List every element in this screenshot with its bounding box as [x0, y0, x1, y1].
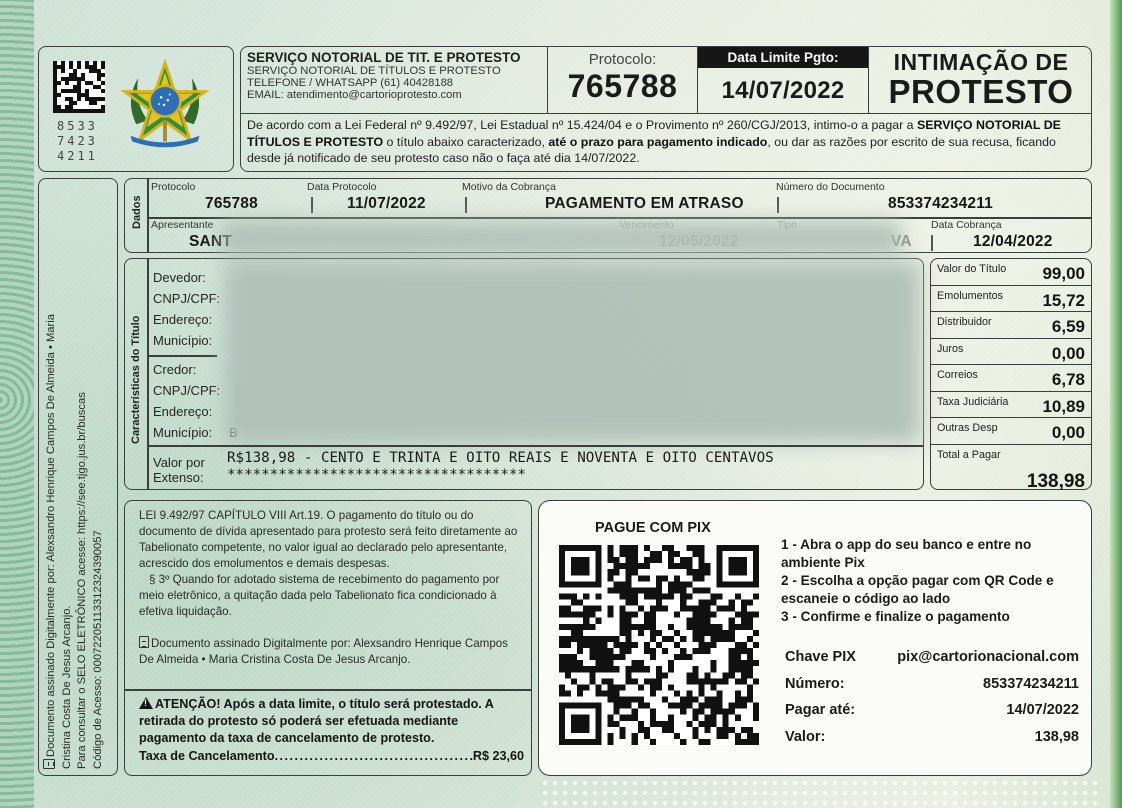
document-icon [43, 759, 55, 769]
dados-data-protocolo-value: 11/07/2022 [347, 195, 426, 213]
pix-step: 2 - Escolha a opção pagar com QR Code e … [781, 572, 1081, 608]
divider [931, 235, 933, 251]
background-edge-right [1110, 0, 1122, 808]
dados-data-cobranca-value: 12/04/2022 [973, 233, 1053, 251]
caracteristicas-section: Características do Título Devedor: CNPJ/… [124, 258, 924, 490]
legal-notice: De acordo com a Lei Federal nº 9.492/97,… [241, 113, 1091, 171]
document-icon [139, 636, 149, 648]
dados-protocolo: Protocolo [151, 181, 195, 193]
pix-qr-code[interactable] [559, 545, 759, 745]
pix-pagar-ate-row: Pagar até: 14/07/2022 [785, 702, 1079, 718]
dados-section-label: Dados [131, 195, 143, 229]
credor-label: Credor: [153, 362, 196, 377]
document-title: INTIMAÇÃO DE PROTESTO [869, 49, 1093, 113]
pix-payment-box: PAGUE COM PIX 1 - Abra o app do seu banc… [538, 500, 1092, 776]
value-row: Emolumentos15,72 [931, 286, 1091, 313]
redacted-area [225, 261, 921, 443]
background-guilloche-left [0, 0, 34, 808]
divider [147, 355, 217, 357]
dados-motivo-value: PAGAMENTO EM ATRASO [545, 195, 744, 213]
extenso-label: Valor por Extenso: [153, 455, 205, 485]
pix-numero-row: Número: 853374234211 [785, 676, 1079, 692]
value-row: Juros0,00 [931, 339, 1091, 366]
divider [147, 259, 149, 489]
devedor-municipio-label: Município: [153, 333, 212, 348]
pix-key-value[interactable]: pix@cartorionacional.com [897, 649, 1079, 665]
pix-step: 1 - Abra o app do seu banco e entre no a… [781, 536, 1081, 572]
devedor-cpf-label: CNPJ/CPF: [153, 291, 220, 306]
org-title: SERVIÇO NOTORIAL DE TIT. E PROTESTO [247, 50, 547, 65]
protocolo-label: Protocolo: [548, 51, 697, 68]
warning-icon [139, 697, 153, 709]
signature-note: Documento assinado Digitalmente por: Ale… [139, 636, 524, 668]
credor-endereco-label: Endereço: [153, 404, 212, 419]
value-row: Taxa Judiciária10,89 [931, 392, 1091, 419]
digital-seal-box: Documento assinado Digitalmente por: Ale… [38, 178, 118, 776]
protocolo-cell: Protocolo: 765788 [547, 47, 697, 113]
devedor-endereco-label: Endereço: [153, 312, 212, 327]
data-limite-label: Data Limite Pgto: [698, 47, 868, 68]
background-dot-pattern [540, 778, 1100, 808]
credor-cpf-label: CNPJ/CPF: [153, 383, 220, 398]
devedor-label: Devedor: [153, 270, 206, 285]
dados-protocolo-value: 765788 [205, 195, 258, 213]
divider [311, 197, 313, 213]
header-org-box: SERVIÇO NOTORIAL DE TIT. E PROTESTO SERV… [240, 46, 1092, 172]
data-limite-value: 14/07/2022 [698, 77, 868, 105]
protocolo-value: 765788 [548, 68, 697, 105]
value-row: Correios6,78 [931, 365, 1091, 392]
org-name: SERVIÇO NOTORIAL DE TÍTULOS E PROTESTO [247, 65, 547, 77]
datamatrix-code-icon [53, 61, 105, 113]
org-info: SERVIÇO NOTORIAL DE TIT. E PROTESTO SERV… [247, 50, 547, 101]
pix-title: PAGUE COM PIX [595, 520, 711, 536]
dados-apresentante: Apresentante [151, 219, 213, 231]
seal-url: Para consultar o SELO ELETRÔNICO acesse:… [75, 184, 91, 769]
brazil-coat-of-arms-icon [117, 57, 213, 153]
divider [125, 689, 531, 691]
value-row: Total a Pagar138,98 [931, 445, 1091, 489]
org-email: EMAIL: atendimento@cartorioprotesto.com [247, 89, 547, 101]
warning-notice: ATENÇÃO! Após a data limite, o título se… [139, 696, 524, 765]
pix-key-row: Chave PIX pix@cartorionacional.com [785, 649, 1079, 665]
data-limite-cell: Data Limite Pgto: 14/07/2022 [697, 47, 869, 113]
dados-data-cobranca: Data Cobrança [931, 219, 1002, 231]
dados-numero-documento-value: 853374234211 [888, 195, 993, 213]
law-section: LEI 9.492/97 CAPÍTULO VIII Art.19. O pag… [124, 500, 532, 776]
value-row: Distribuidor6,59 [931, 312, 1091, 339]
value-row: Outras Desp0,00 [931, 418, 1091, 445]
divider [465, 197, 467, 213]
pix-instructions: 1 - Abra o app do seu banco e entre no a… [781, 536, 1081, 626]
dados-section: Dados Protocolo 765788 Data Protocolo 11… [124, 178, 1092, 253]
header-logo-box: 8533 7423 4211 [38, 46, 234, 172]
cancellation-fee: Taxa de Cancelamento ...................… [139, 748, 524, 765]
values-table: Valor do Título99,00Emolumentos15,72Dist… [930, 258, 1092, 490]
pix-step: 3 - Confirme e finalize o pagamento [781, 608, 1081, 626]
divider [147, 445, 923, 447]
credor-municipio-label: Município: [153, 425, 212, 440]
dados-data-protocolo: Data Protocolo [307, 181, 376, 193]
dados-numero-documento: Número do Documento [776, 181, 885, 193]
caracteristicas-section-label: Características do Título [130, 316, 142, 444]
pix-valor-row: Valor: 138,98 [785, 729, 1079, 745]
law-text: LEI 9.492/97 CAPÍTULO VIII Art.19. O pag… [139, 508, 524, 668]
barcode-digits: 8533 7423 4211 [57, 119, 98, 164]
dados-motivo: Motivo da Cobrança [462, 181, 556, 193]
extenso-value: R$138,98 - CENTO E TRINTA E OITO REAIS E… [227, 450, 774, 484]
org-phone: TELEFONE / WHATSAPP (61) 40428188 [247, 77, 547, 89]
divider [777, 197, 779, 213]
value-row: Valor do Título99,00 [931, 259, 1091, 286]
redacted-area [221, 221, 901, 255]
seal-access-code: Código de Acesso: 0007220511331232439005… [91, 184, 107, 769]
divider [147, 179, 149, 252]
cancellation-fee-value: R$ 23,60 [473, 748, 524, 765]
digital-seal-text: Documento assinado Digitalmente por: Ale… [43, 184, 106, 769]
